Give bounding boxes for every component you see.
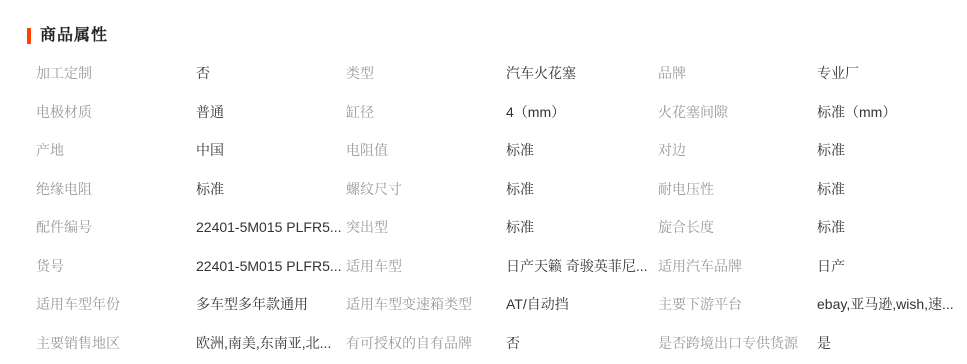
attributes-table: 加工定制否类型汽车火花塞品牌专业厂电极材质普通缸径4（mm）火花塞间隙标准（mm… — [36, 54, 967, 362]
attr-label: 适用汽车品牌 — [658, 247, 817, 286]
section-title: 商品属性 — [40, 27, 108, 45]
attr-value: 日产 — [817, 247, 967, 286]
attr-value: 标准 — [817, 170, 967, 209]
attr-value: 中国 — [196, 131, 346, 170]
attr-value: ebay,亚马逊,wish,速... — [817, 285, 967, 324]
attr-value: 专业厂 — [817, 54, 967, 93]
attr-label: 主要下游平台 — [658, 285, 817, 324]
attr-label: 适用车型 — [346, 247, 506, 286]
attr-label: 螺纹尺寸 — [346, 170, 506, 209]
attr-value: 标准 — [196, 170, 346, 209]
attr-value: 是 — [817, 324, 967, 363]
attr-label: 加工定制 — [36, 54, 196, 93]
attr-label: 品牌 — [658, 54, 817, 93]
attr-label: 缸径 — [346, 93, 506, 132]
attr-value: 否 — [506, 324, 658, 363]
product-attributes-panel: 商品属性 加工定制否类型汽车火花塞品牌专业厂电极材质普通缸径4（mm）火花塞间隙… — [0, 0, 967, 364]
attr-value: 标准 — [817, 131, 967, 170]
attr-label: 是否跨境出口专供货源 — [658, 324, 817, 363]
attr-value: 22401-5M015 PLFR5... — [196, 247, 346, 286]
attr-label: 突出型 — [346, 208, 506, 247]
attr-label: 配件编号 — [36, 208, 196, 247]
attr-label: 耐电压性 — [658, 170, 817, 209]
section-header: 商品属性 — [0, 0, 967, 45]
attr-value: 标准 — [817, 208, 967, 247]
attr-label: 有可授权的自有品牌 — [346, 324, 506, 363]
attr-label: 适用车型变速箱类型 — [346, 285, 506, 324]
attr-label: 火花塞间隙 — [658, 93, 817, 132]
attr-value: AT/自动挡 — [506, 285, 658, 324]
attr-value: 4（mm） — [506, 93, 658, 132]
attr-value: 标准 — [506, 170, 658, 209]
attr-value: 22401-5M015 PLFR5... — [196, 208, 346, 247]
attr-value: 汽车火花塞 — [506, 54, 658, 93]
attr-value: 标准（mm） — [817, 93, 967, 132]
attr-label: 产地 — [36, 131, 196, 170]
attr-value: 普通 — [196, 93, 346, 132]
attr-label: 主要销售地区 — [36, 324, 196, 363]
attr-value: 欧洲,南美,东南亚,北... — [196, 324, 346, 363]
attr-label: 旋合长度 — [658, 208, 817, 247]
attr-label: 电阻值 — [346, 131, 506, 170]
attr-value: 否 — [196, 54, 346, 93]
attr-label: 适用车型年份 — [36, 285, 196, 324]
attr-value: 标准 — [506, 208, 658, 247]
attr-value: 标准 — [506, 131, 658, 170]
attr-label: 电极材质 — [36, 93, 196, 132]
attr-label: 类型 — [346, 54, 506, 93]
attr-label: 货号 — [36, 247, 196, 286]
attr-label: 绝缘电阻 — [36, 170, 196, 209]
attr-value: 多车型多年款通用 — [196, 285, 346, 324]
attr-value: 日产天籁 奇骏英菲尼... — [506, 247, 658, 286]
attr-label: 对边 — [658, 131, 817, 170]
accent-bar-icon — [27, 28, 31, 44]
